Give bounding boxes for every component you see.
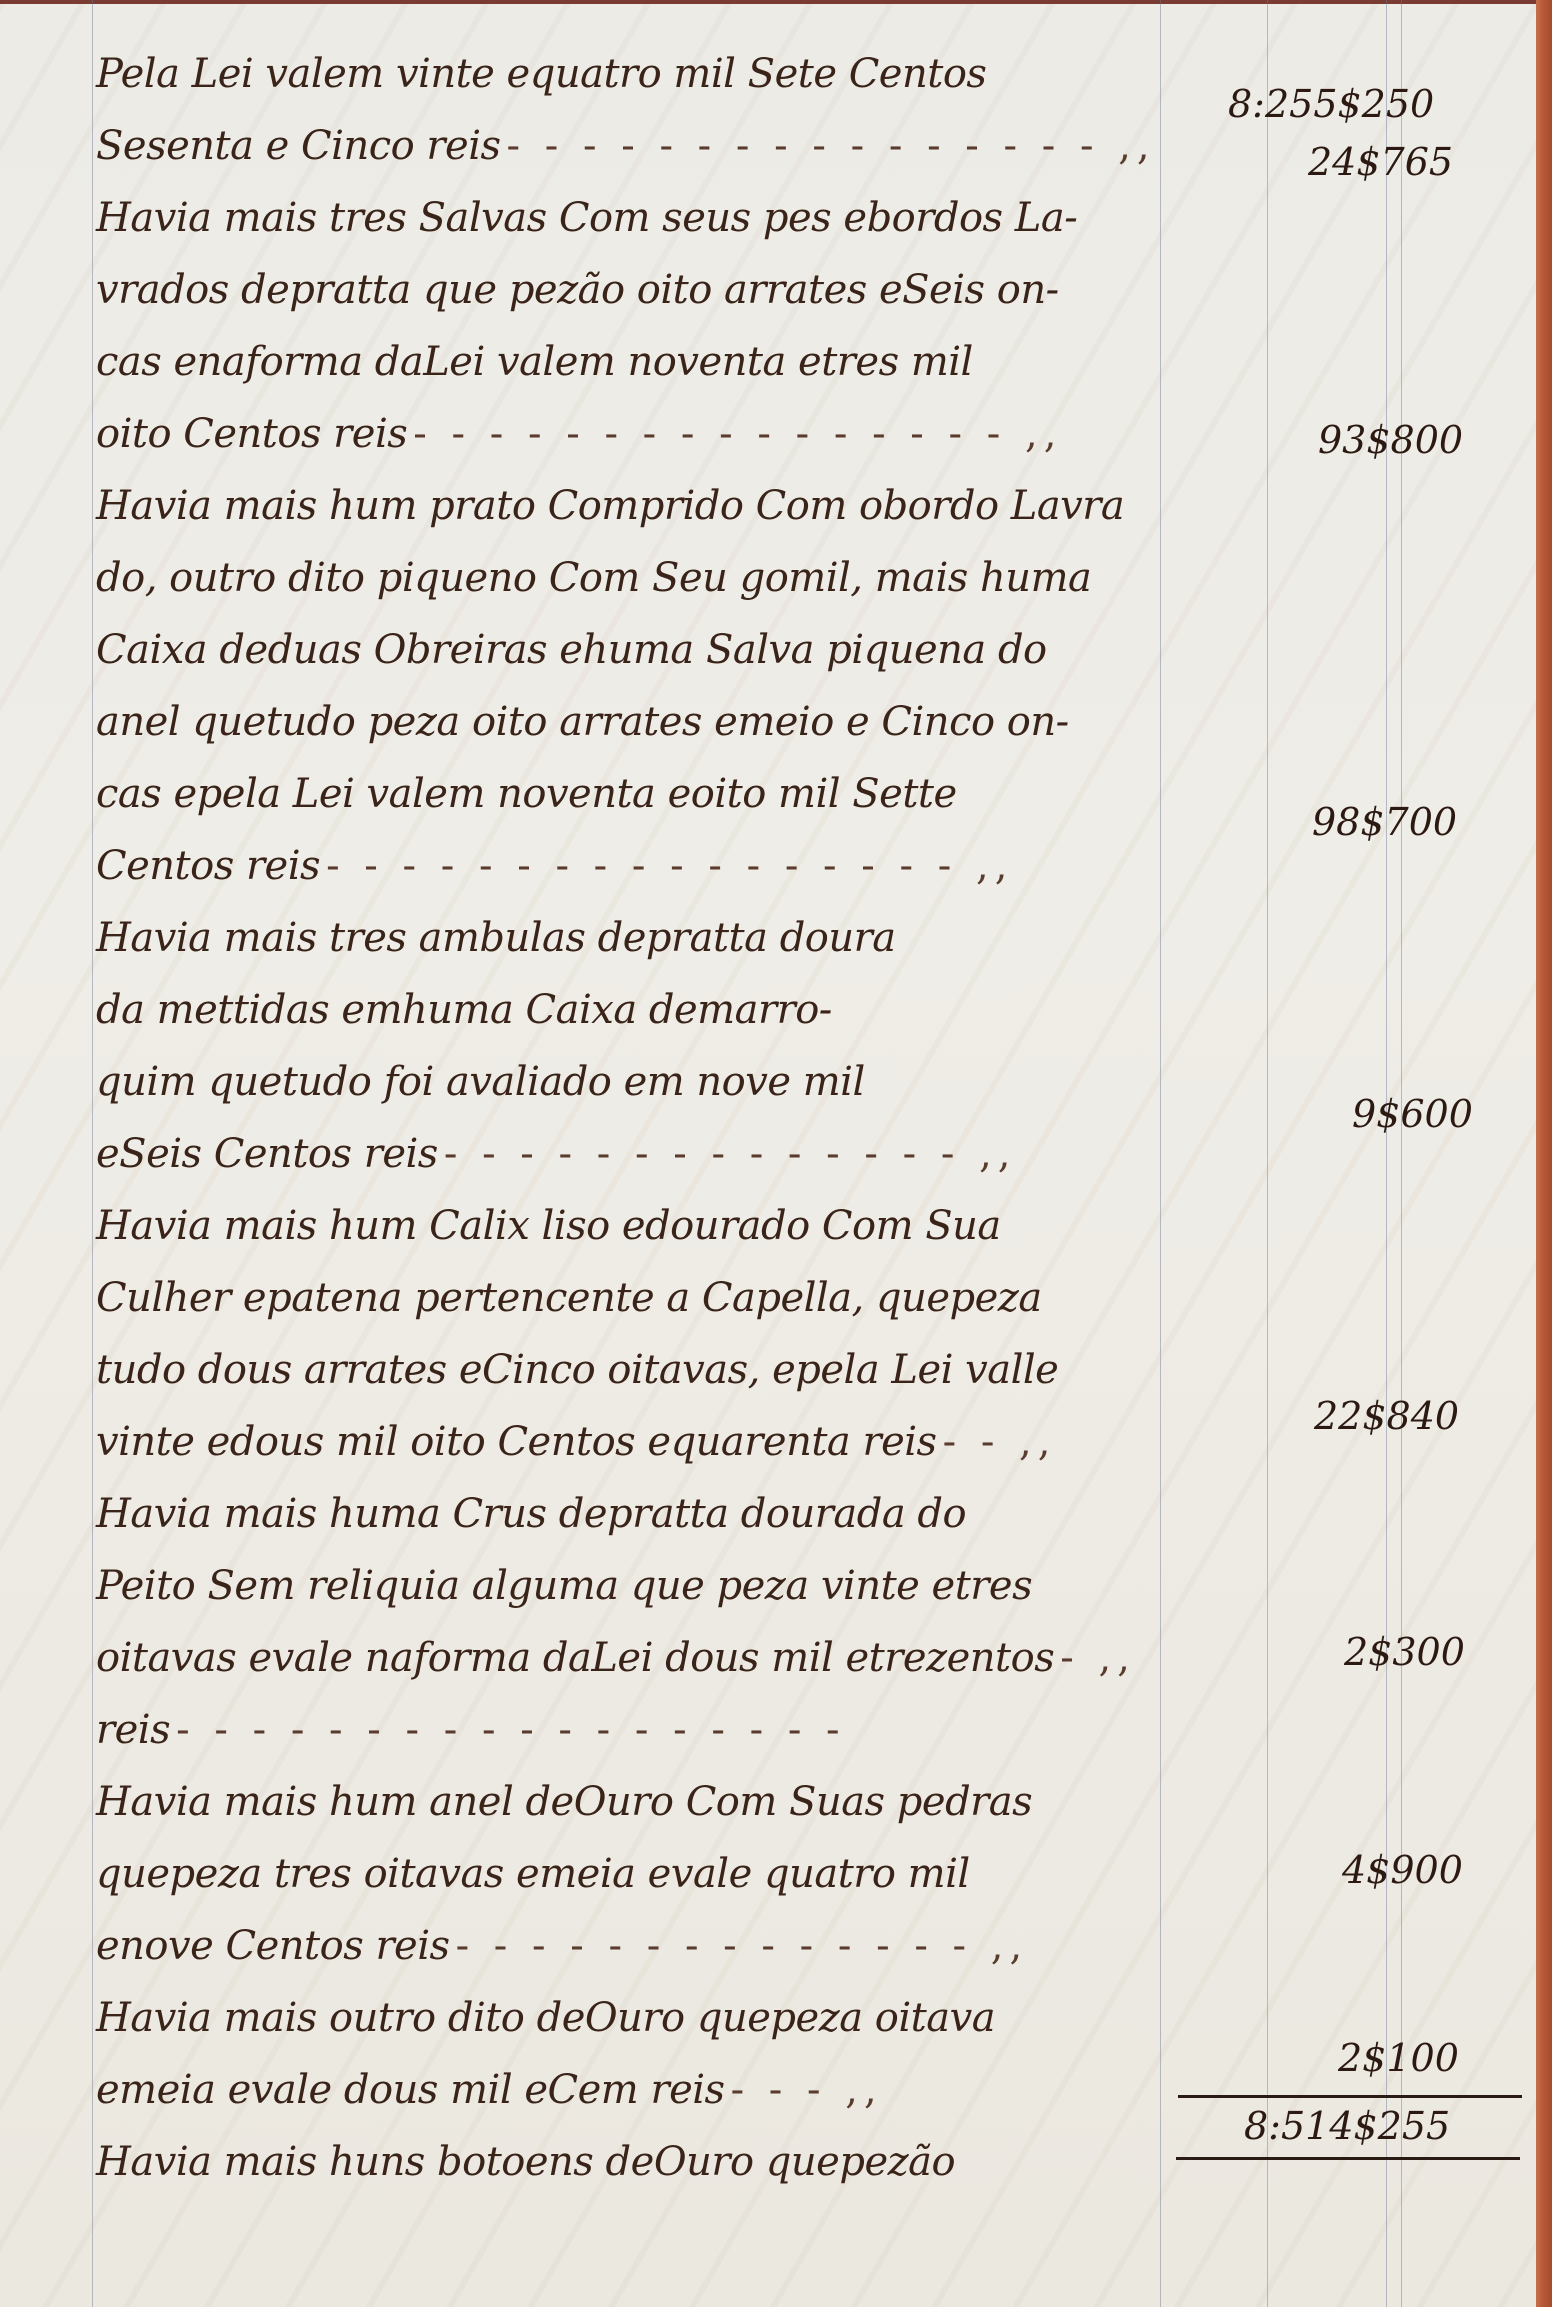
sum-rule-top — [1178, 2095, 1522, 2098]
page-top-edge — [0, 0, 1552, 4]
text-line: do, outro dito piqueno Com Seu gomil, ma… — [96, 542, 1156, 614]
amount-entry: 98$700 — [1312, 800, 1457, 844]
amount-entry: 9$600 — [1352, 1092, 1473, 1136]
text-line: Havia mais hum Calix liso edourado Com S… — [96, 1190, 1156, 1262]
amount-column-rule — [1160, 0, 1161, 2307]
page-total: 8:514$255 — [1244, 2104, 1450, 2148]
text-line: Havia mais huns botoens deOuro quepezão — [96, 2126, 1156, 2198]
text-line: Culher epatena pertencente a Capella, qu… — [96, 1262, 1156, 1334]
text-line: Havia mais tres Salvas Com seus pes ebor… — [96, 182, 1156, 254]
amount-entry: 22$840 — [1314, 1394, 1459, 1438]
text-line: Havia mais tres ambulas depratta doura — [96, 902, 1156, 974]
text-line: Havia mais huma Crus depratta dourada do — [96, 1478, 1156, 1550]
amount-entry: 93$800 — [1318, 418, 1463, 462]
amount-entry: 2$300 — [1344, 1630, 1465, 1674]
text-line: da mettidas emhuma Caixa demarro- — [96, 974, 1156, 1046]
text-line: quim quetudo foi avaliado em nove mil — [96, 1046, 1156, 1118]
text-line: oitavas evale naforma daLei dous mil etr… — [96, 1622, 1156, 1694]
text-line: quepeza tres oitavas emeia evale quatro … — [96, 1838, 1156, 1910]
text-line: vinte edous mil oito Centos equarenta re… — [96, 1406, 1156, 1478]
amount-column-rule — [1267, 0, 1268, 2307]
amount-entry: 2$100 — [1338, 2036, 1459, 2080]
text-line: reis- - - - - - - - - - - - - - - - - - — [96, 1694, 1156, 1766]
text-line: enove Centos reis- - - - - - - - - - - -… — [96, 1910, 1156, 1982]
amount-carried-forward: 8:255$250 — [1228, 82, 1434, 126]
text-line: tudo dous arrates eCinco oitavas, epela … — [96, 1334, 1156, 1406]
text-line: Pela Lei valem vinte equatro mil Sete Ce… — [96, 38, 1156, 110]
text-line: cas enaforma daLei valem noventa etres m… — [96, 326, 1156, 398]
text-line: Havia mais outro dito deOuro quepeza oit… — [96, 1982, 1156, 2054]
amount-entry: 24$765 — [1308, 140, 1453, 184]
text-line: Caixa deduas Obreiras ehuma Salva piquen… — [96, 614, 1156, 686]
sum-rule-bottom — [1176, 2157, 1520, 2160]
text-line: eSeis Centos reis- - - - - - - - - - - -… — [96, 1118, 1156, 1190]
text-line: cas epela Lei valem noventa eoito mil Se… — [96, 758, 1156, 830]
text-line: Sesenta e Cinco reis- - - - - - - - - - … — [96, 110, 1156, 182]
text-line: Centos reis- - - - - - - - - - - - - - -… — [96, 830, 1156, 902]
amount-column-rule — [1386, 0, 1387, 2307]
text-line: Havia mais hum anel deOuro Com Suas pedr… — [96, 1766, 1156, 1838]
text-line: oito Centos reis- - - - - - - - - - - - … — [96, 398, 1156, 470]
amount-entry: 4$900 — [1342, 1848, 1463, 1892]
handwritten-text-column: Pela Lei valem vinte equatro mil Sete Ce… — [96, 38, 1156, 2198]
text-line: anel quetudo peza oito arrates emeio e C… — [96, 686, 1156, 758]
text-line: emeia evale dous mil eCem reis- - - ,, — [96, 2054, 1156, 2126]
page-binding-edge — [1536, 0, 1552, 2307]
text-line: Peito Sem reliquia alguma que peza vinte… — [96, 1550, 1156, 1622]
amount-column-rule — [1401, 0, 1402, 2307]
ledger-page: Pela Lei valem vinte equatro mil Sete Ce… — [0, 0, 1552, 2307]
margin-rule — [92, 0, 93, 2307]
text-line: vrados depratta que pezão oito arrates e… — [96, 254, 1156, 326]
text-line: Havia mais hum prato Comprido Com obordo… — [96, 470, 1156, 542]
